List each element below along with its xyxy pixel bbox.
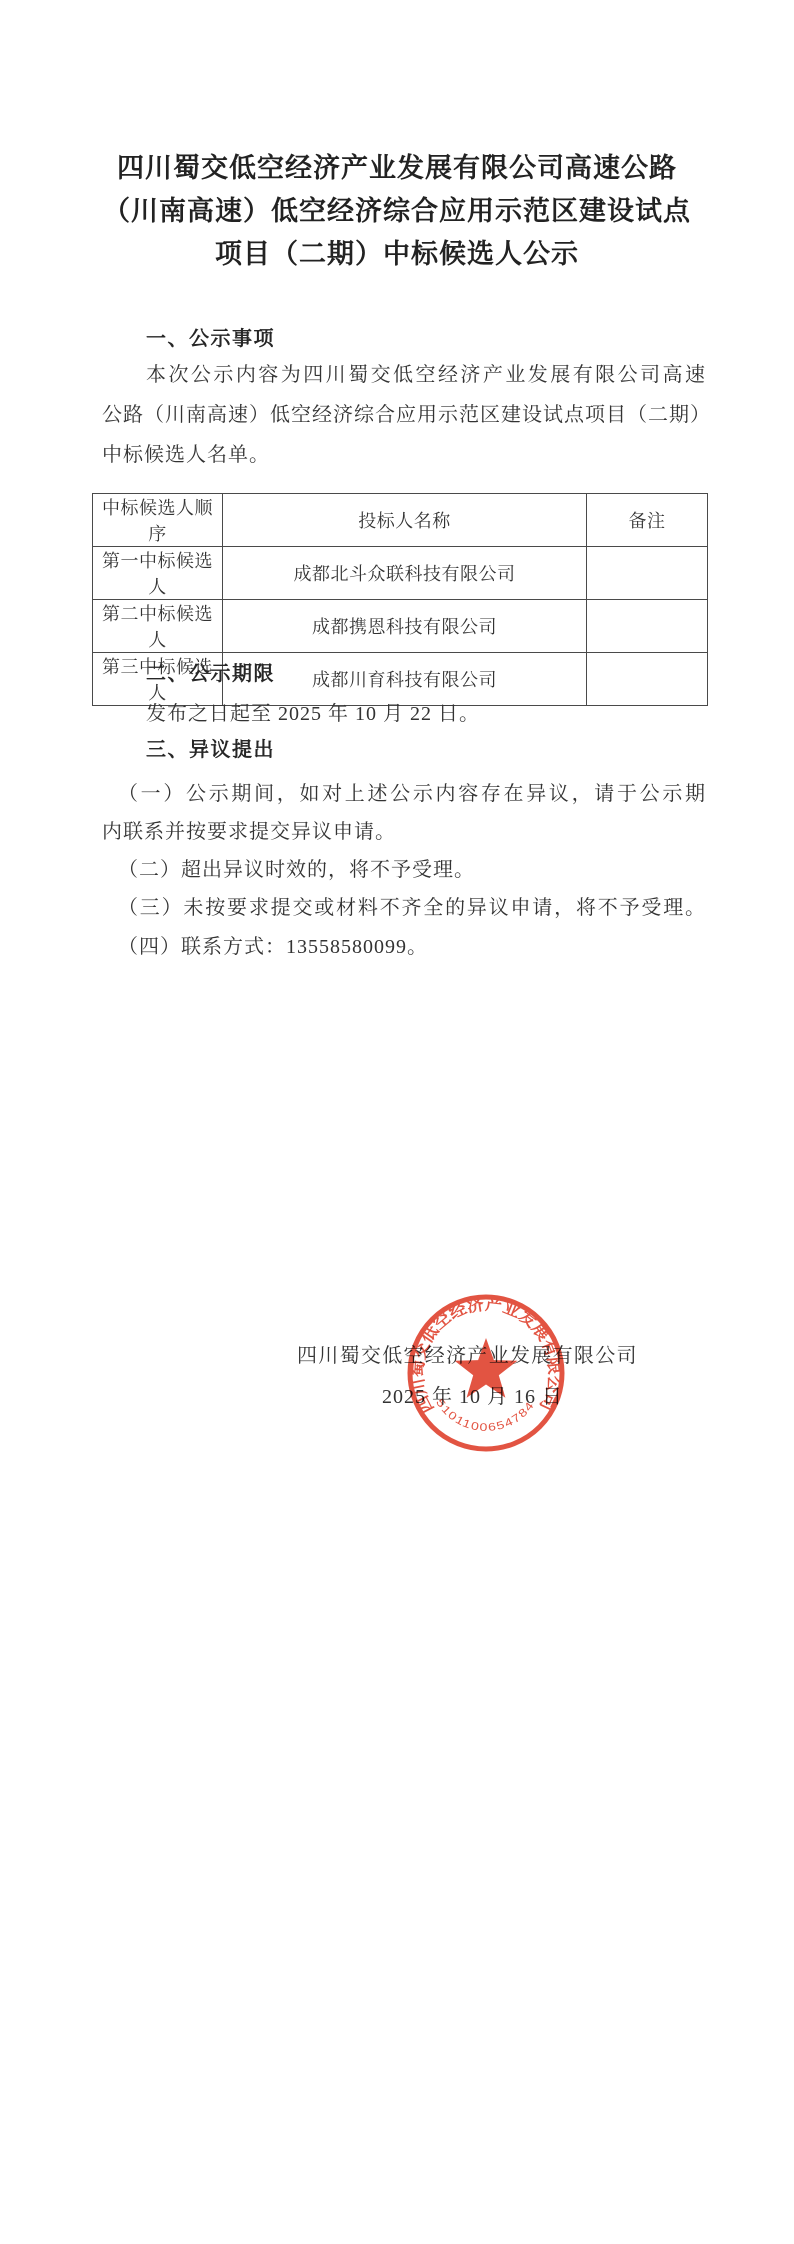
section2-body: 发布之日起至 2025 年 10 月 22 日。 <box>102 701 706 728</box>
document-title: 四川蜀交低空经济产业发展有限公司高速公路 （川南高速）低空经济综合应用示范区建设… <box>0 147 794 276</box>
section3-line-3: （二）超出异议时效的，将不予受理。 <box>102 857 706 884</box>
section1-line-2: 公路（川南高速）低空经济综合应用示范区建设试点项目（二期） <box>102 402 706 429</box>
title-line-2: （川南高速）低空经济综合应用示范区建设试点 <box>0 190 794 233</box>
section3-line-2: 内联系并按要求提交异议申请。 <box>102 819 706 846</box>
section3-line-4: （三）未按要求提交或材料不齐全的异议申请，将不予受理。 <box>102 895 706 922</box>
section1-heading: 一、公示事项 <box>102 326 706 353</box>
seal-star-icon <box>455 1338 518 1398</box>
table-header-row: 中标候选人顺序 投标人名称 备注 <box>93 494 708 547</box>
section3-line-5: （四）联系方式：13558580099。 <box>102 934 706 961</box>
section1-line-1: 本次公示内容为四川蜀交低空经济产业发展有限公司高速 <box>102 362 706 389</box>
section3-heading: 三、异议提出 <box>102 737 706 764</box>
title-line-3: 项目（二期）中标候选人公示 <box>0 233 794 276</box>
cell-bidder-1: 成都北斗众联科技有限公司 <box>223 547 587 600</box>
cell-bidder-2: 成都携恩科技有限公司 <box>223 600 587 653</box>
table-row: 第二中标候选人 成都携恩科技有限公司 <box>93 600 708 653</box>
company-seal: 四川蜀交低空经济产业发展有限公司 5101100654784 <box>401 1288 571 1458</box>
title-line-1: 四川蜀交低空经济产业发展有限公司高速公路 <box>0 147 794 190</box>
cell-note-1 <box>587 547 708 600</box>
cell-note-2 <box>587 600 708 653</box>
section3-line-1: （一）公示期间，如对上述公示内容存在异议，请于公示期 <box>102 781 706 808</box>
col-header-note: 备注 <box>587 494 708 547</box>
cell-order-2: 第二中标候选人 <box>93 600 223 653</box>
col-header-bidder: 投标人名称 <box>223 494 587 547</box>
cell-order-1: 第一中标候选人 <box>93 547 223 600</box>
svg-text:5101100654784: 5101100654784 <box>433 1397 537 1434</box>
seal-serial-number: 5101100654784 <box>433 1397 537 1434</box>
section1-line-3: 中标候选人名单。 <box>102 442 706 469</box>
col-header-order: 中标候选人顺序 <box>93 494 223 547</box>
section2-heading: 二、公示期限 <box>102 661 706 688</box>
table-row: 第一中标候选人 成都北斗众联科技有限公司 <box>93 547 708 600</box>
